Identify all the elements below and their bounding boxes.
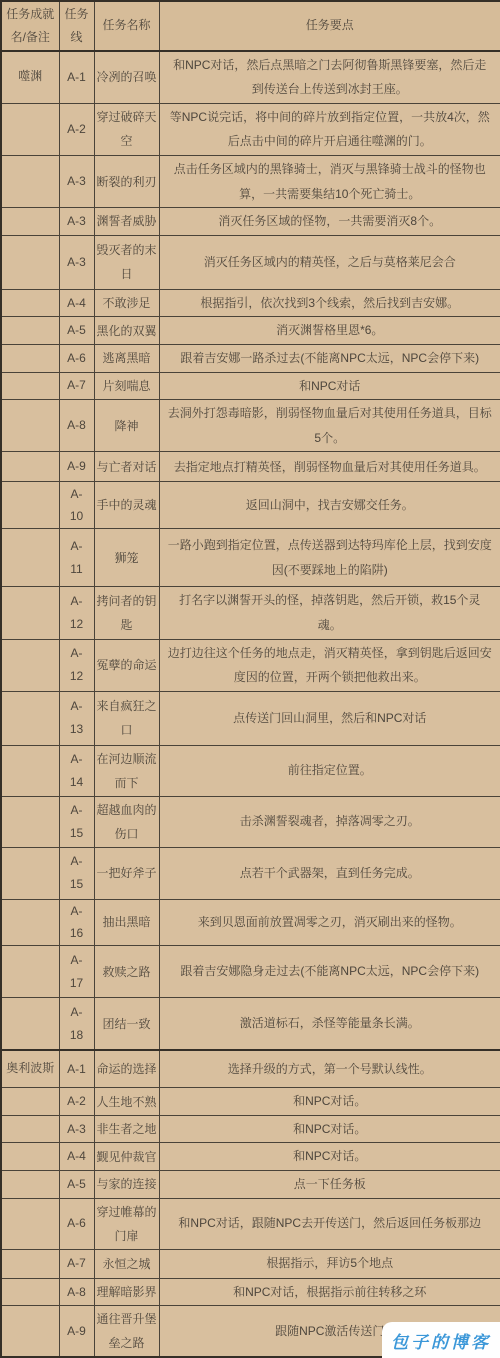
points-cell: 点一下任务板 bbox=[159, 1171, 500, 1199]
line-cell: A-10 bbox=[59, 482, 94, 529]
task-name-cell: 超越血肉的伤口 bbox=[94, 796, 159, 847]
points-cell: 点若干个武器架，直到任务完成。 bbox=[159, 847, 500, 899]
header-task-name: 任务名称 bbox=[94, 1, 159, 51]
table-row: A-3 断裂的利刃 点击任务区域内的黑锋骑士，消灭与黑锋骑士战斗的怪物也算，一共… bbox=[1, 155, 500, 207]
watermark-text: 包子的博客 bbox=[391, 1328, 491, 1353]
points-cell: 点击任务区域内的黑锋骑士，消灭与黑锋骑士战斗的怪物也算，一共需要集结10个死亡骑… bbox=[159, 155, 500, 207]
line-cell: A-7 bbox=[59, 372, 94, 400]
table-row: A-15 一把好斧子 点若干个武器架，直到任务完成。 bbox=[1, 847, 500, 899]
line-cell: A-8 bbox=[59, 1278, 94, 1306]
table-row: A-11 狮笼 一路小跑到指定位置，点传送器到达特玛库伦上层，找到安度因(不要踩… bbox=[1, 529, 500, 587]
points-cell: 返回山洞中，找吉安娜交任务。 bbox=[159, 482, 500, 529]
table-row: A-6 穿过帷幕的门扉 和NPC对话，跟随NPC去开传送门，然后返回任务板那边 bbox=[1, 1198, 500, 1249]
table-row: A-7 永恒之城 根据指示，拜访5个地点 bbox=[1, 1249, 500, 1278]
task-name-cell: 团结一致 bbox=[94, 998, 159, 1050]
points-cell: 选择升级的方式，第一个号默认线性。 bbox=[159, 1050, 500, 1088]
task-name-cell: 与亡者对话 bbox=[94, 452, 159, 482]
points-cell: 和NPC对话 bbox=[159, 372, 500, 400]
table-row: A-13 来自疯狂之口 点传送门回山洞里，然后和NPC对话 bbox=[1, 691, 500, 745]
points-cell: 和NPC对话。 bbox=[159, 1143, 500, 1171]
achievement-cell bbox=[1, 452, 59, 482]
achievement-cell bbox=[1, 529, 59, 587]
line-cell: A-12 bbox=[59, 587, 94, 639]
task-name-cell: 人生地不熟 bbox=[94, 1088, 159, 1116]
task-name-cell: 穿过破碎天空 bbox=[94, 103, 159, 155]
task-name-cell: 黑化的双翼 bbox=[94, 317, 159, 345]
task-name-cell: 抽出黑暗 bbox=[94, 899, 159, 946]
achievement-cell bbox=[1, 372, 59, 400]
line-cell: A-2 bbox=[59, 1088, 94, 1116]
task-name-cell: 狮笼 bbox=[94, 529, 159, 587]
section-label: 奥利波斯 bbox=[1, 1050, 59, 1088]
header-line: 任务线 bbox=[59, 1, 94, 51]
line-cell: A-13 bbox=[59, 691, 94, 745]
points-cell: 一路小跑到指定位置，点传送器到达特玛库伦上层，找到安度因(不要踩地上的陷阱) bbox=[159, 529, 500, 587]
task-name-cell: 非生者之地 bbox=[94, 1115, 159, 1143]
watermark-badge: 包子的博客 bbox=[382, 1322, 500, 1358]
table-row: A-3 毁灭者的末日 消灭任务区域内的精英怪，之后与莫格莱尼会合 bbox=[1, 235, 500, 289]
table-row: A-7 片刻喘息 和NPC对话 bbox=[1, 372, 500, 400]
line-cell: A-15 bbox=[59, 847, 94, 899]
line-cell: A-7 bbox=[59, 1249, 94, 1278]
achievement-cell bbox=[1, 1115, 59, 1143]
table-row: A-14 在河边顺流而下 前往指定位置。 bbox=[1, 745, 500, 796]
task-name-cell: 来自疯狂之口 bbox=[94, 691, 159, 745]
achievement-cell bbox=[1, 745, 59, 796]
points-cell: 和NPC对话，然后点黑暗之门去阿彻鲁斯黑锋要塞，然后走到传送台上传送到冰封王座。 bbox=[159, 51, 500, 104]
line-cell: A-5 bbox=[59, 317, 94, 345]
line-cell: A-11 bbox=[59, 529, 94, 587]
task-name-cell: 冷冽的召唤 bbox=[94, 51, 159, 104]
task-name-cell: 命运的选择 bbox=[94, 1050, 159, 1088]
achievement-cell bbox=[1, 1278, 59, 1306]
achievement-cell bbox=[1, 482, 59, 529]
line-cell: A-9 bbox=[59, 452, 94, 482]
table-header-row: 任务成就名/备注 任务线 任务名称 任务要点 bbox=[1, 1, 500, 51]
line-cell: A-2 bbox=[59, 103, 94, 155]
points-cell: 击杀渊誓裂魂者，掉落凋零之刃。 bbox=[159, 796, 500, 847]
points-cell: 和NPC对话，跟随NPC去开传送门，然后返回任务板那边 bbox=[159, 1198, 500, 1249]
line-cell: A-1 bbox=[59, 51, 94, 104]
task-name-cell: 穿过帷幕的门扉 bbox=[94, 1198, 159, 1249]
line-cell: A-1 bbox=[59, 1050, 94, 1088]
achievement-cell bbox=[1, 155, 59, 207]
achievement-cell bbox=[1, 847, 59, 899]
achievement-cell bbox=[1, 899, 59, 946]
achievement-cell bbox=[1, 639, 59, 691]
task-name-cell: 与家的连接 bbox=[94, 1171, 159, 1199]
task-name-cell: 冤孽的命运 bbox=[94, 639, 159, 691]
points-cell: 消灭渊誓格里恩*6。 bbox=[159, 317, 500, 345]
points-cell: 激活道标石，杀怪等能量条长满。 bbox=[159, 998, 500, 1050]
achievement-cell bbox=[1, 796, 59, 847]
table-row: 奥利波斯 A-1 命运的选择 选择升级的方式，第一个号默认线性。 bbox=[1, 1050, 500, 1088]
line-cell: A-3 bbox=[59, 155, 94, 207]
table-row: A-17 救赎之路 跟着吉安娜隐身走过去(不能离NPC太远，NPC会停下来) bbox=[1, 946, 500, 998]
line-cell: A-6 bbox=[59, 1198, 94, 1249]
points-cell: 去指定地点打精英怪，削弱怪物血量后对其使用任务道具。 bbox=[159, 452, 500, 482]
table-row: A-10 手中的灵魂 返回山洞中，找吉安娜交任务。 bbox=[1, 482, 500, 529]
points-cell: 跟着吉安娜一路杀过去(不能离NPC太远，NPC会停下来) bbox=[159, 344, 500, 372]
table-row: A-4 不敢涉足 根据指引，依次找到3个线索，然后找到吉安娜。 bbox=[1, 289, 500, 317]
points-cell: 去洞外打怨毒暗影，削弱怪物血量后对其使用任务道具，目标5个。 bbox=[159, 400, 500, 452]
line-cell: A-3 bbox=[59, 208, 94, 236]
achievement-cell bbox=[1, 208, 59, 236]
points-cell: 等NPC说完话，将中间的碎片放到指定位置，一共放4次，然后点击中间的碎片开启通往… bbox=[159, 103, 500, 155]
points-cell: 边打边往这个任务的地点走，消灭精英怪，拿到钥匙后返回安度因的位置，开两个锁把他救… bbox=[159, 639, 500, 691]
table-row: A-9 与亡者对话 去指定地点打精英怪，削弱怪物血量后对其使用任务道具。 bbox=[1, 452, 500, 482]
task-name-cell: 在河边顺流而下 bbox=[94, 745, 159, 796]
line-cell: A-4 bbox=[59, 289, 94, 317]
task-name-cell: 渊誓者威胁 bbox=[94, 208, 159, 236]
points-cell: 消灭任务区域内的精英怪，之后与莫格莱尼会合 bbox=[159, 235, 500, 289]
points-cell: 点传送门回山洞里，然后和NPC对话 bbox=[159, 691, 500, 745]
table-row: A-12 拷问者的钥匙 打名字以渊誓开头的怪，掉落钥匙，然后开锁，救15个灵魂。 bbox=[1, 587, 500, 639]
points-cell: 消灭任务区域的怪物，一共需要消灭8个。 bbox=[159, 208, 500, 236]
achievement-cell bbox=[1, 103, 59, 155]
achievement-cell bbox=[1, 1088, 59, 1116]
table-row: A-4 觐见仲裁官 和NPC对话。 bbox=[1, 1143, 500, 1171]
task-name-cell: 通往晋升堡垒之路 bbox=[94, 1306, 159, 1358]
achievement-cell bbox=[1, 400, 59, 452]
line-cell: A-3 bbox=[59, 1115, 94, 1143]
achievement-cell bbox=[1, 946, 59, 998]
achievement-cell bbox=[1, 1143, 59, 1171]
task-name-cell: 不敢涉足 bbox=[94, 289, 159, 317]
task-name-cell: 觐见仲裁官 bbox=[94, 1143, 159, 1171]
header-points: 任务要点 bbox=[159, 1, 500, 51]
table-row: A-3 渊誓者威胁 消灭任务区域的怪物，一共需要消灭8个。 bbox=[1, 208, 500, 236]
table-row: A-16 抽出黑暗 来到贝恩面前放置凋零之刃，消灭刷出来的怪物。 bbox=[1, 899, 500, 946]
task-name-cell: 降神 bbox=[94, 400, 159, 452]
achievement-cell bbox=[1, 289, 59, 317]
achievement-cell bbox=[1, 317, 59, 345]
table-row: A-15 超越血肉的伤口 击杀渊誓裂魂者，掉落凋零之刃。 bbox=[1, 796, 500, 847]
achievement-cell bbox=[1, 235, 59, 289]
header-achievement: 任务成就名/备注 bbox=[1, 1, 59, 51]
line-cell: A-3 bbox=[59, 235, 94, 289]
achievement-cell bbox=[1, 344, 59, 372]
points-cell: 打名字以渊誓开头的怪，掉落钥匙，然后开锁，救15个灵魂。 bbox=[159, 587, 500, 639]
table-row: A-5 黑化的双翼 消灭渊誓格里恩*6。 bbox=[1, 317, 500, 345]
table-row: A-12 冤孽的命运 边打边往这个任务的地点走，消灭精英怪，拿到钥匙后返回安度因… bbox=[1, 639, 500, 691]
points-cell: 和NPC对话。 bbox=[159, 1115, 500, 1143]
task-name-cell: 手中的灵魂 bbox=[94, 482, 159, 529]
line-cell: A-12 bbox=[59, 639, 94, 691]
line-cell: A-9 bbox=[59, 1306, 94, 1358]
table-row: A-8 理解暗影界 和NPC对话，根据指示前往转移之环 bbox=[1, 1278, 500, 1306]
achievement-cell bbox=[1, 587, 59, 639]
achievement-cell bbox=[1, 1306, 59, 1358]
points-cell: 跟着吉安娜隐身走过去(不能离NPC太远，NPC会停下来) bbox=[159, 946, 500, 998]
task-name-cell: 永恒之城 bbox=[94, 1249, 159, 1278]
line-cell: A-8 bbox=[59, 400, 94, 452]
task-name-cell: 断裂的利刃 bbox=[94, 155, 159, 207]
line-cell: A-6 bbox=[59, 344, 94, 372]
points-cell: 和NPC对话。 bbox=[159, 1088, 500, 1116]
achievement-cell bbox=[1, 1171, 59, 1199]
line-cell: A-14 bbox=[59, 745, 94, 796]
task-name-cell: 理解暗影界 bbox=[94, 1278, 159, 1306]
line-cell: A-15 bbox=[59, 796, 94, 847]
line-cell: A-16 bbox=[59, 899, 94, 946]
points-cell: 前往指定位置。 bbox=[159, 745, 500, 796]
achievement-cell bbox=[1, 998, 59, 1050]
achievement-cell bbox=[1, 691, 59, 745]
task-name-cell: 救赎之路 bbox=[94, 946, 159, 998]
achievement-cell bbox=[1, 1198, 59, 1249]
achievement-cell bbox=[1, 1249, 59, 1278]
line-cell: A-5 bbox=[59, 1171, 94, 1199]
table-row: A-2 人生地不熟 和NPC对话。 bbox=[1, 1088, 500, 1116]
points-cell: 根据指引，依次找到3个线索，然后找到吉安娜。 bbox=[159, 289, 500, 317]
table-row: A-6 逃离黑暗 跟着吉安娜一路杀过去(不能离NPC太远，NPC会停下来) bbox=[1, 344, 500, 372]
points-cell: 和NPC对话，根据指示前往转移之环 bbox=[159, 1278, 500, 1306]
points-cell: 根据指示，拜访5个地点 bbox=[159, 1249, 500, 1278]
task-name-cell: 毁灭者的末日 bbox=[94, 235, 159, 289]
line-cell: A-17 bbox=[59, 946, 94, 998]
task-name-cell: 拷问者的钥匙 bbox=[94, 587, 159, 639]
table-row: A-8 降神 去洞外打怨毒暗影，削弱怪物血量后对其使用任务道具，目标5个。 bbox=[1, 400, 500, 452]
table-row: A-5 与家的连接 点一下任务板 bbox=[1, 1171, 500, 1199]
section-label: 噬渊 bbox=[1, 51, 59, 104]
quest-guide-table: 任务成就名/备注 任务线 任务名称 任务要点 噬渊 A-1 冷冽的召唤 和NPC… bbox=[0, 0, 500, 1358]
task-name-cell: 逃离黑暗 bbox=[94, 344, 159, 372]
table-row: A-18 团结一致 激活道标石，杀怪等能量条长满。 bbox=[1, 998, 500, 1050]
line-cell: A-18 bbox=[59, 998, 94, 1050]
line-cell: A-4 bbox=[59, 1143, 94, 1171]
task-name-cell: 片刻喘息 bbox=[94, 372, 159, 400]
task-name-cell: 一把好斧子 bbox=[94, 847, 159, 899]
table-row: A-3 非生者之地 和NPC对话。 bbox=[1, 1115, 500, 1143]
table-row: 噬渊 A-1 冷冽的召唤 和NPC对话，然后点黑暗之门去阿彻鲁斯黑锋要塞，然后走… bbox=[1, 51, 500, 104]
points-cell: 来到贝恩面前放置凋零之刃，消灭刷出来的怪物。 bbox=[159, 899, 500, 946]
table-row: A-2 穿过破碎天空 等NPC说完话，将中间的碎片放到指定位置，一共放4次，然后… bbox=[1, 103, 500, 155]
